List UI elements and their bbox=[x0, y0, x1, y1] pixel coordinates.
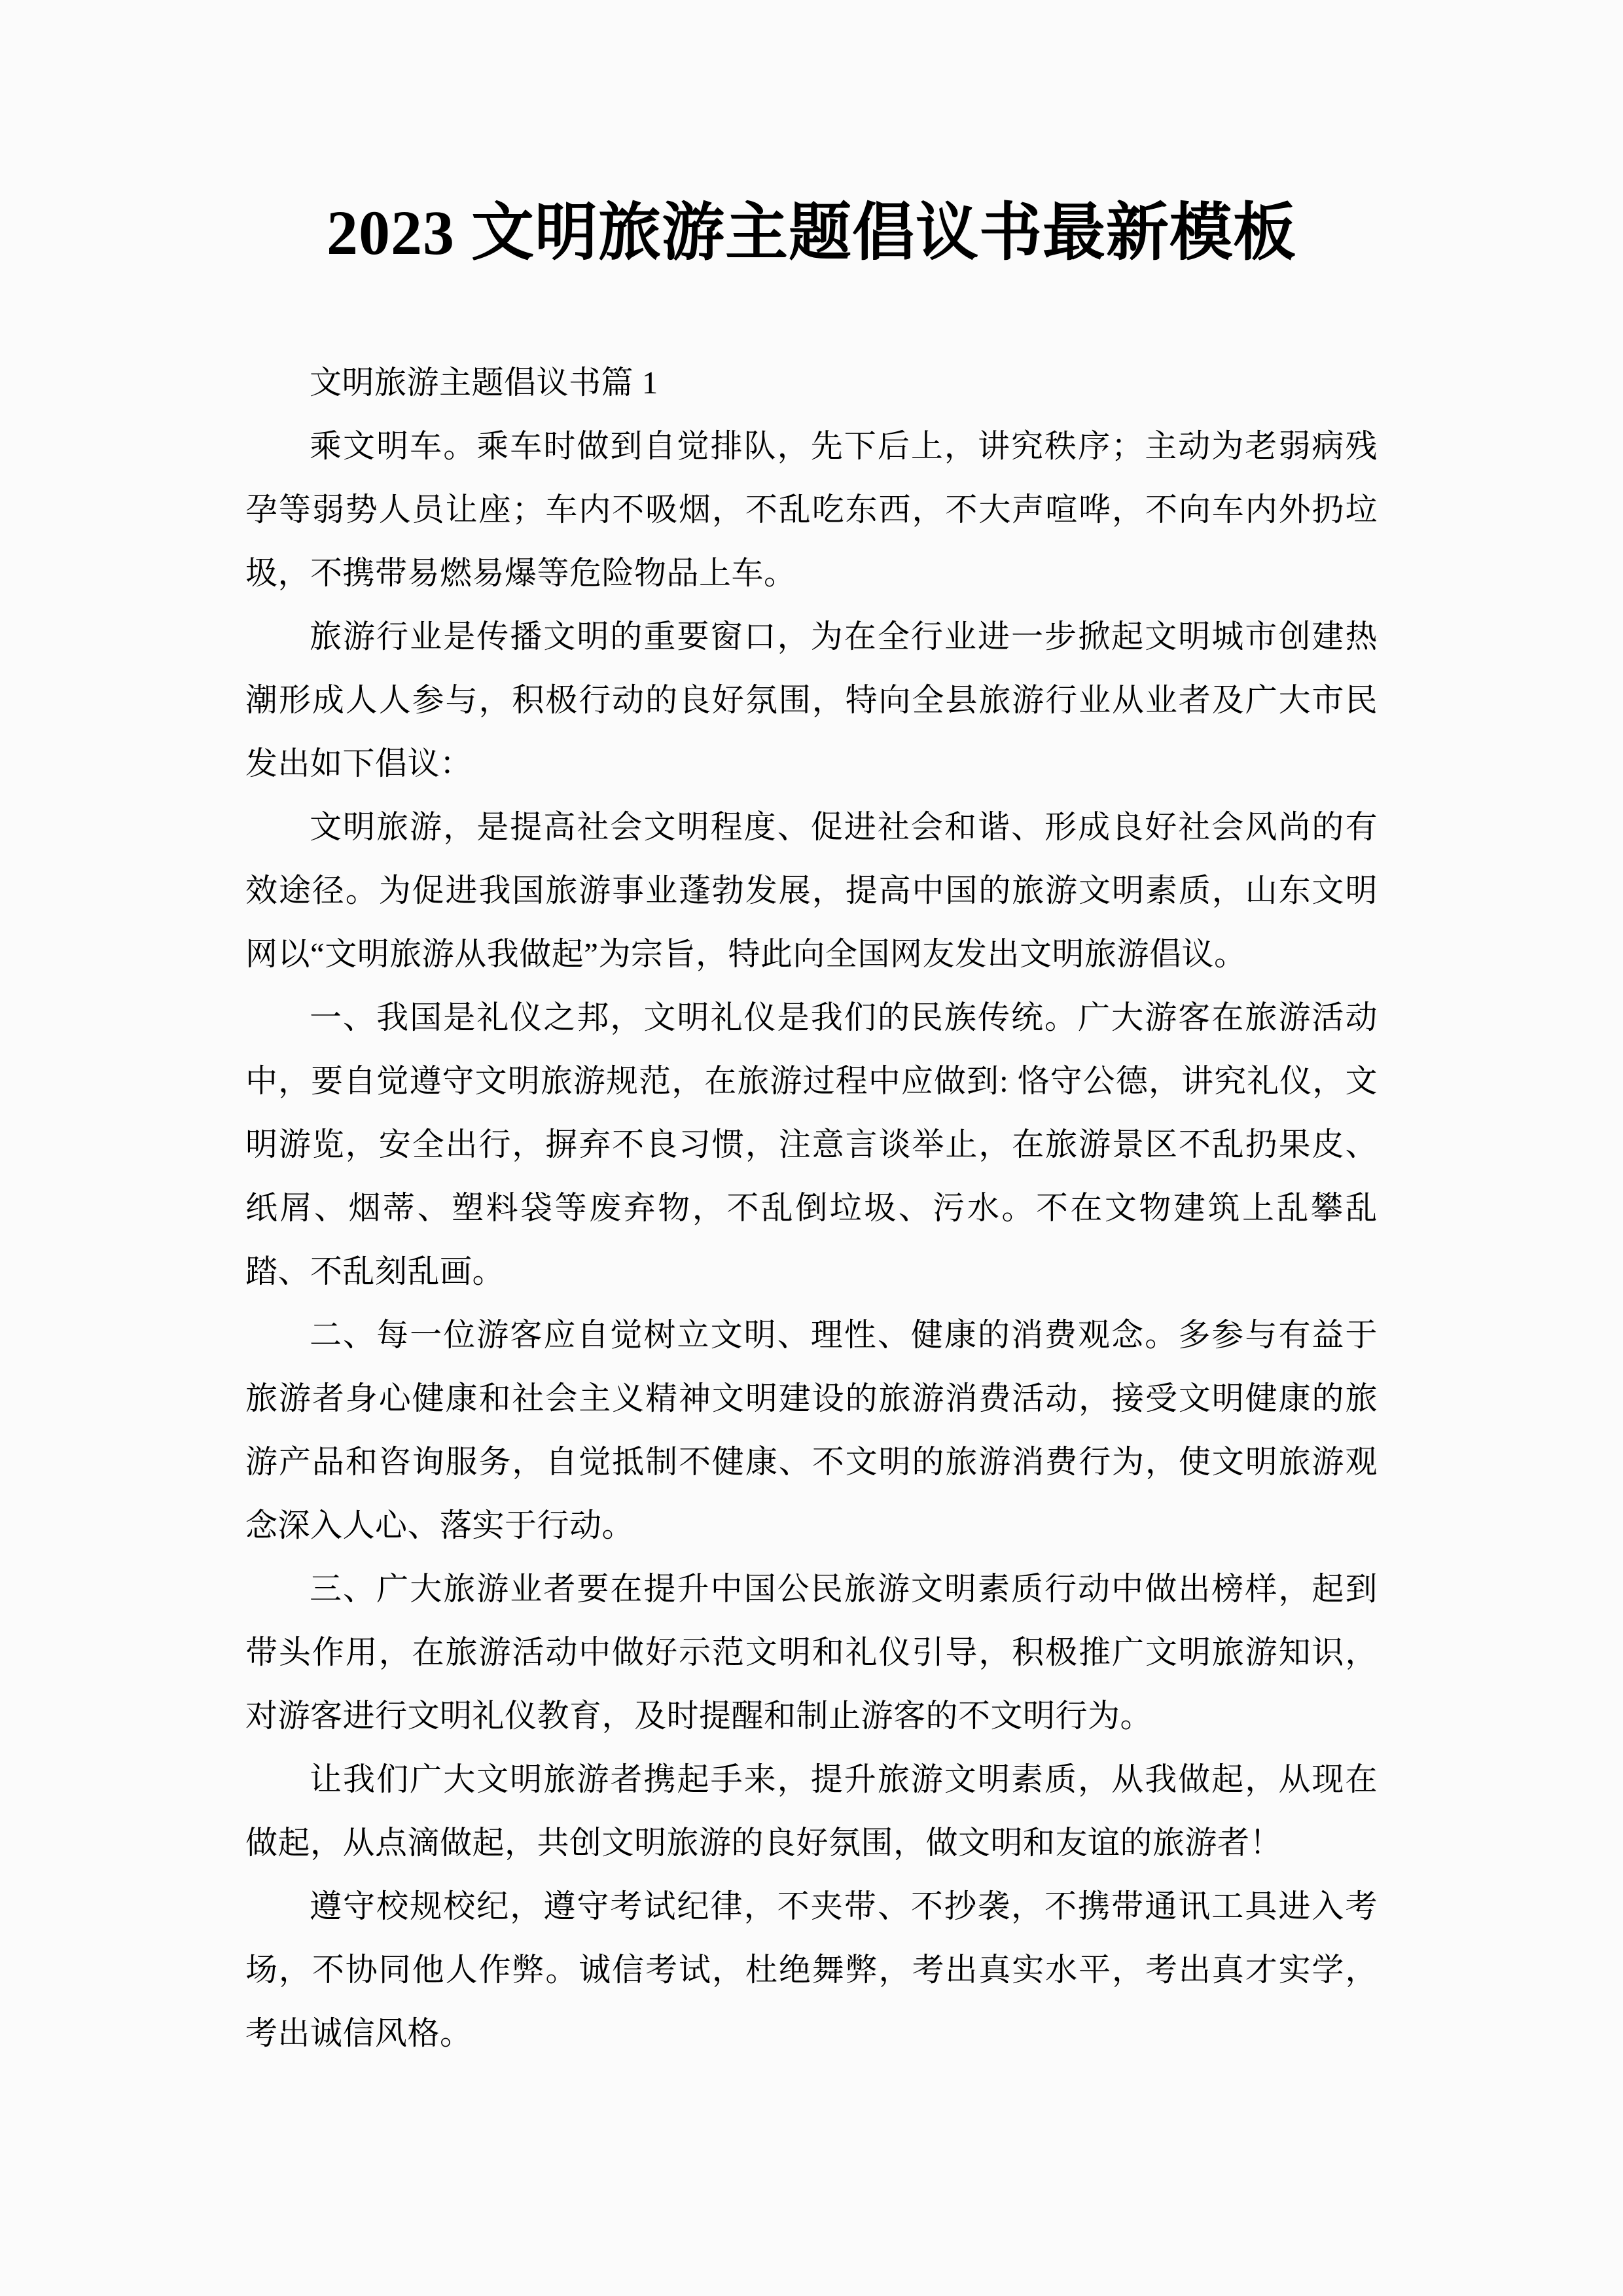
paragraph-item-one: 一、我国是礼仪之邦，文明礼仪是我们的民族传统。广大游客在旅游活动中，要自觉遵守文… bbox=[245, 986, 1378, 1303]
document-page: 2023 文明旅游主题倡议书最新模板 文明旅游主题倡议书篇 1 乘文明车。乘车时… bbox=[0, 0, 1623, 2296]
paragraph-item-three: 三、广大旅游业者要在提升中国公民旅游文明素质行动中做出榜样，起到带头作用，在旅游… bbox=[245, 1557, 1378, 1748]
paragraph-section-heading: 文明旅游主题倡议书篇 1 bbox=[245, 351, 1378, 414]
document-title: 2023 文明旅游主题倡议书最新模板 bbox=[245, 196, 1378, 270]
document-body: 文明旅游主题倡议书篇 1 乘文明车。乘车时做到自觉排队，先下后上，讲究秩序；主动… bbox=[245, 351, 1378, 2065]
paragraph-item-two: 二、每一位游客应自觉树立文明、理性、健康的消费观念。多参与有益于旅游者身心健康和… bbox=[245, 1303, 1378, 1557]
paragraph-exam-integrity: 遵守校规校纪，遵守考试纪律，不夹带、不抄袭，不携带通讯工具进入考场，不协同他人作… bbox=[245, 1874, 1378, 2065]
paragraph-industry-window: 旅游行业是传播文明的重要窗口，为在全行业进一步掀起文明城市创建热潮形成人人参与，… bbox=[245, 605, 1378, 795]
paragraph-call-to-action: 让我们广大文明旅游者携起手来，提升旅游文明素质，从我做起，从现在做起，从点滴做起… bbox=[245, 1748, 1378, 1874]
paragraph-civilized-tourism-intro: 文明旅游，是提高社会文明程度、促进社会和谐、形成良好社会风尚的有效途径。为促进我… bbox=[245, 795, 1378, 986]
paragraph-ride-civilized: 乘文明车。乘车时做到自觉排队，先下后上，讲究秩序；主动为老弱病残孕等弱势人员让座… bbox=[245, 414, 1378, 605]
